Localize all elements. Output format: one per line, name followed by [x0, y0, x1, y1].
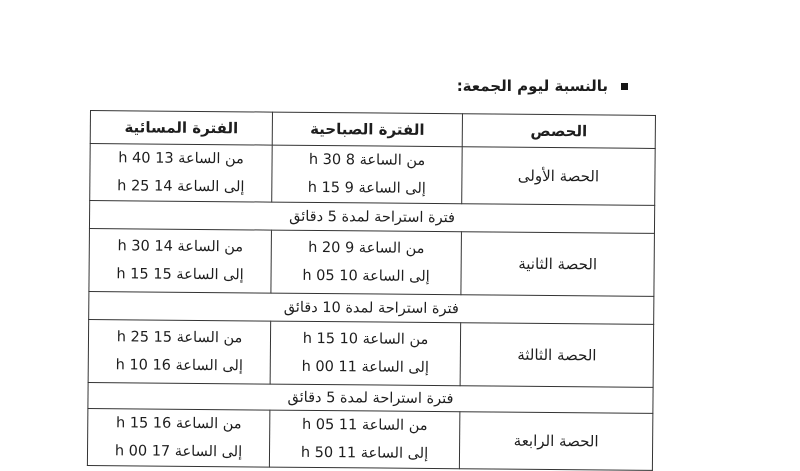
time-to: إلى الساعة 11 h 00 [271, 353, 460, 383]
session-4-label: الحصة الرابعة [459, 412, 652, 471]
friday-schedule-table: الحصص الفترة الصباحية الفترة المسائية ال… [87, 110, 656, 471]
table-row-session-4: الحصة الرابعة من الساعة 11 h 05 إلى السا… [87, 408, 652, 470]
time-from: من الساعة 13 h 40 [90, 144, 271, 174]
table-row-session-1: الحصة الأولى من الساعة 8 h 30 إلى الساعة… [90, 144, 655, 206]
session-3-evening-times: من الساعة 15 h 25 إلى الساعة 16 h 10 [88, 319, 271, 384]
time-to: إلى الساعة 15 h 15 [89, 260, 270, 290]
section-title: بالنسبة ليوم الجمعة: [457, 77, 628, 95]
header-row: الحصص الفترة الصباحية الفترة المسائية [90, 111, 655, 149]
header-sessions: الحصص [462, 114, 655, 149]
header-morning-period: الفترة الصباحية [272, 112, 462, 147]
session-1-label: الحصة الأولى [462, 147, 655, 206]
bullet-square-icon [621, 83, 628, 90]
session-3-label: الحصة الثالثة [460, 323, 654, 388]
session-2-morning-times: من الساعة 9 h 20 إلى الساعة 10 h 05 [271, 230, 462, 295]
time-from: من الساعة 9 h 20 [272, 234, 461, 264]
session-2-evening-times: من الساعة 14 h 30 إلى الساعة 15 h 15 [89, 228, 272, 293]
time-to: إلى الساعة 16 h 10 [89, 351, 270, 381]
session-4-evening-times: من الساعة 16 h 15 إلى الساعة 17 h 00 [87, 408, 269, 467]
time-from: من الساعة 10 h 15 [271, 325, 460, 355]
session-1-evening-times: من الساعة 13 h 40 إلى الساعة 14 h 25 [90, 144, 272, 203]
section-title-text: بالنسبة ليوم الجمعة: [457, 77, 608, 95]
time-to: إلى الساعة 9 h 15 [272, 174, 461, 204]
time-from: من الساعة 15 h 25 [89, 323, 270, 353]
session-1-morning-times: من الساعة 8 h 30 إلى الساعة 9 h 15 [272, 145, 462, 204]
header-evening-period: الفترة المسائية [90, 111, 272, 146]
time-from: من الساعة 11 h 05 [270, 411, 459, 441]
document-page: بالنسبة ليوم الجمعة: الحصص الفترة الصباح… [0, 0, 800, 471]
time-from: من الساعة 14 h 30 [90, 232, 271, 262]
table-row-session-2: الحصة الثانية من الساعة 9 h 20 إلى الساع… [89, 228, 655, 296]
time-to: إلى الساعة 14 h 25 [90, 172, 271, 202]
session-4-morning-times: من الساعة 11 h 05 إلى الساعة 11 h 50 [269, 410, 459, 469]
session-3-morning-times: من الساعة 10 h 15 إلى الساعة 11 h 00 [270, 321, 461, 386]
session-2-label: الحصة الثانية [461, 232, 655, 297]
time-to: إلى الساعة 10 h 05 [271, 262, 460, 292]
time-from: من الساعة 8 h 30 [272, 146, 461, 176]
time-from: من الساعة 16 h 15 [88, 409, 269, 439]
time-to: إلى الساعة 17 h 00 [88, 437, 269, 467]
time-to: إلى الساعة 11 h 50 [270, 439, 459, 469]
table-row-session-3: الحصة الثالثة من الساعة 10 h 15 إلى السا… [88, 319, 654, 387]
